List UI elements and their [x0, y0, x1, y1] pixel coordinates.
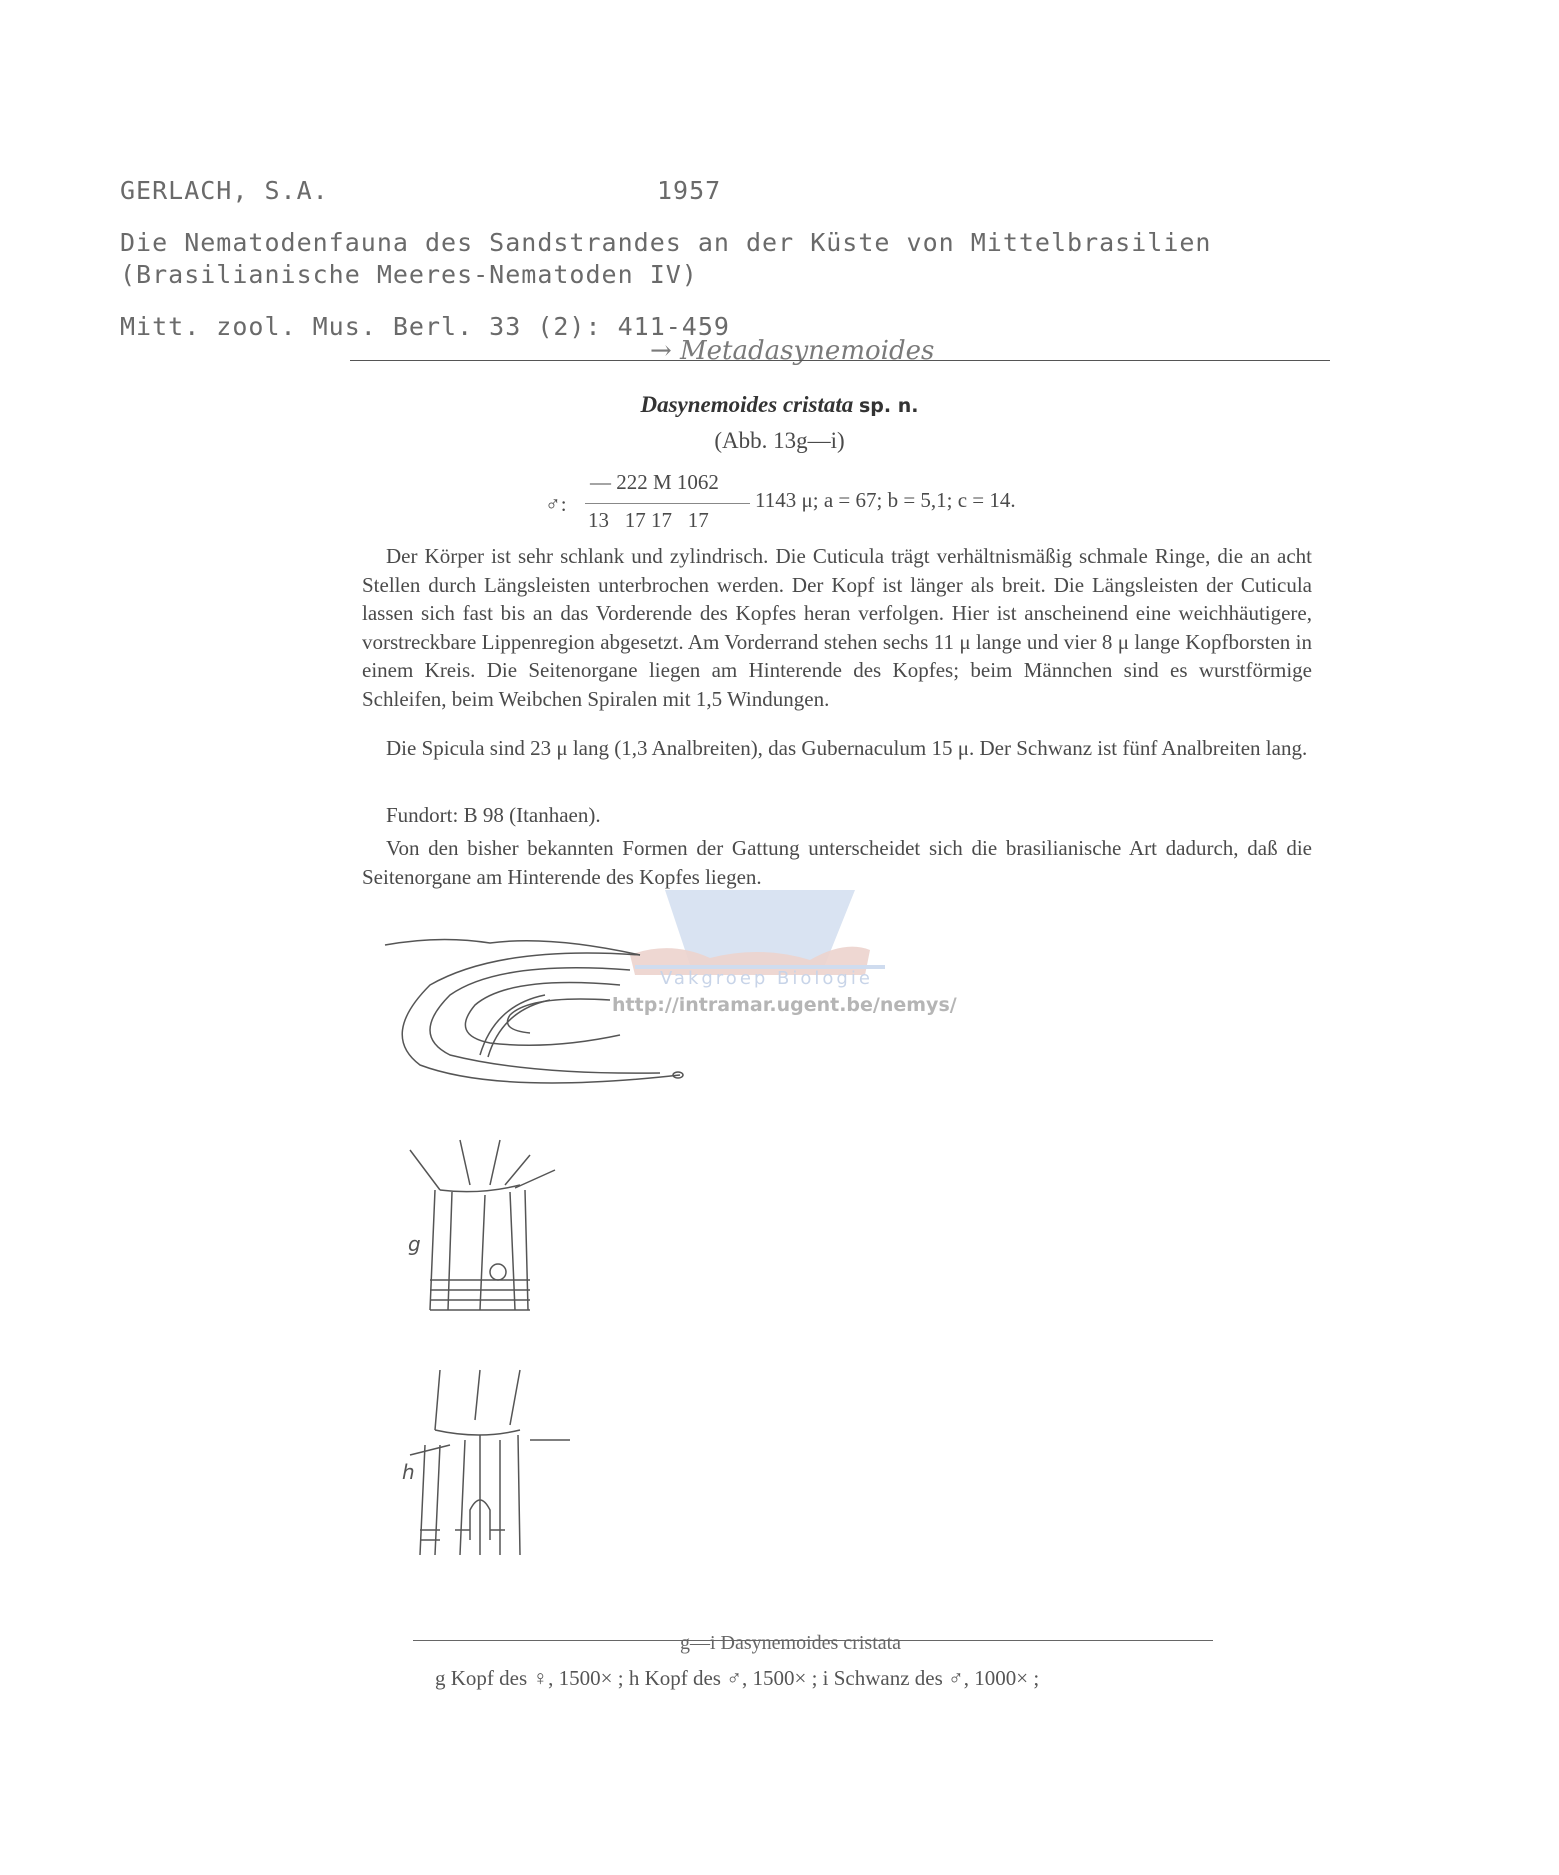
figure-caption-title: g—i Dasynemoides cristata [680, 1632, 901, 1655]
publication-year: 1957 [657, 176, 721, 205]
header-divider [350, 360, 1330, 361]
description-paragraph: Der Körper ist sehr schlank und zylindri… [362, 542, 1312, 713]
author: GERLACH, S.A. [120, 176, 329, 205]
species-heading: Dasynemoides cristata sp. n. [0, 392, 1559, 418]
handwritten-note: → Metadasynemoides [650, 336, 934, 366]
paper-title-line-2: (Brasilianische Meeres-Nematoden IV) [120, 260, 698, 289]
fraction-bar [585, 503, 750, 504]
paper-title-line-1: Die Nematodenfauna des Sandstrandes an d… [120, 228, 1212, 257]
figure-label-g: g [408, 1232, 421, 1256]
figure-caption-detail: g Kopf des ♀, 1500× ; h Kopf des ♂, 1500… [435, 1666, 1039, 1691]
species-suffix: sp. n. [859, 395, 919, 417]
figure-label-h: h [402, 1460, 415, 1484]
locality-paragraph: Fundort: B 98 (Itanhaen). [362, 801, 1312, 830]
formula-result: 1143 μ; a = 67; b = 5,1; c = 14. [755, 488, 1016, 513]
nematode-drawing-icon [380, 925, 700, 1565]
journal-citation: Mitt. zool. Mus. Berl. 33 (2): 411-459 [120, 312, 730, 341]
species-name: Dasynemoides cristata [641, 392, 854, 417]
formula-denominator: 13 17 17 17 [588, 508, 709, 533]
figure-reference: (Abb. 13g—i) [0, 428, 1559, 454]
formula-numerator: — 222 M 1062 [590, 470, 719, 495]
male-symbol: ♂: [545, 492, 567, 517]
spicula-paragraph: Die Spicula sind 23 μ lang (1,3 Analbrei… [362, 734, 1312, 763]
